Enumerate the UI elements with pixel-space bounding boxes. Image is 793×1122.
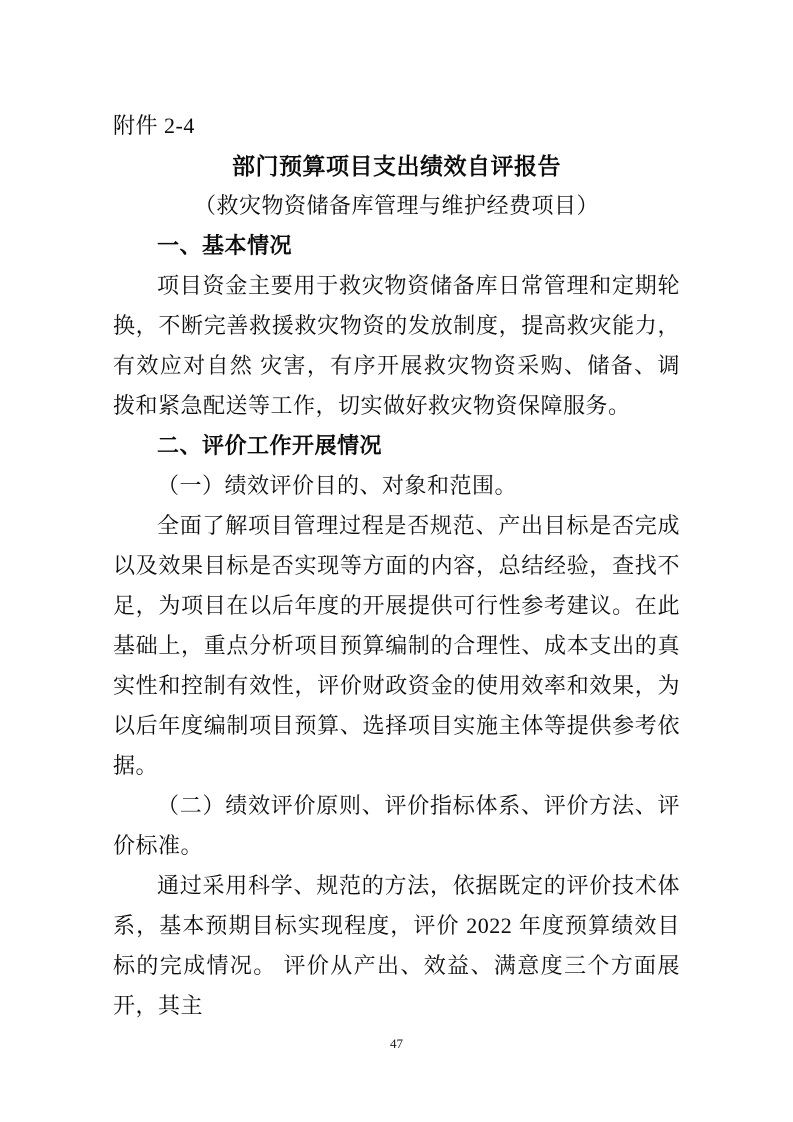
document-page: 附件 2-4 部门预算项目支出绩效自评报告 （救灾物资储备库管理与维护经费项目）… bbox=[0, 0, 793, 1122]
section-2-heading: 二、评价工作开展情况 bbox=[113, 426, 680, 466]
page-number: 47 bbox=[0, 1036, 793, 1052]
document-content: 附件 2-4 部门预算项目支出绩效自评报告 （救灾物资储备库管理与维护经费项目）… bbox=[113, 106, 680, 1026]
report-subtitle: （救灾物资储备库管理与维护经费项目） bbox=[113, 186, 680, 226]
section-2-sub-2-paragraph: 通过采用科学、规范的方法，依据既定的评价技术体系，基本预期目标实现程度，评价 2… bbox=[113, 866, 680, 1026]
section-2-sub-2-heading: （二）绩效评价原则、评价指标体系、评价方法、评价标准。 bbox=[113, 786, 680, 866]
section-1-paragraph: 项目资金主要用于救灾物资储备库日常管理和定期轮换，不断完善救援救灾物资的发放制度… bbox=[113, 266, 680, 426]
report-title: 部门预算项目支出绩效自评报告 bbox=[113, 146, 680, 186]
section-1-heading: 一、基本情况 bbox=[113, 226, 680, 266]
section-2-sub-1-paragraph: 全面了解项目管理过程是否规范、产出目标是否完成以及效果目标是否实现等方面的内容，… bbox=[113, 506, 680, 786]
section-2-sub-1-heading: （一）绩效评价目的、对象和范围。 bbox=[113, 466, 680, 506]
attachment-label: 附件 2-4 bbox=[113, 106, 680, 146]
